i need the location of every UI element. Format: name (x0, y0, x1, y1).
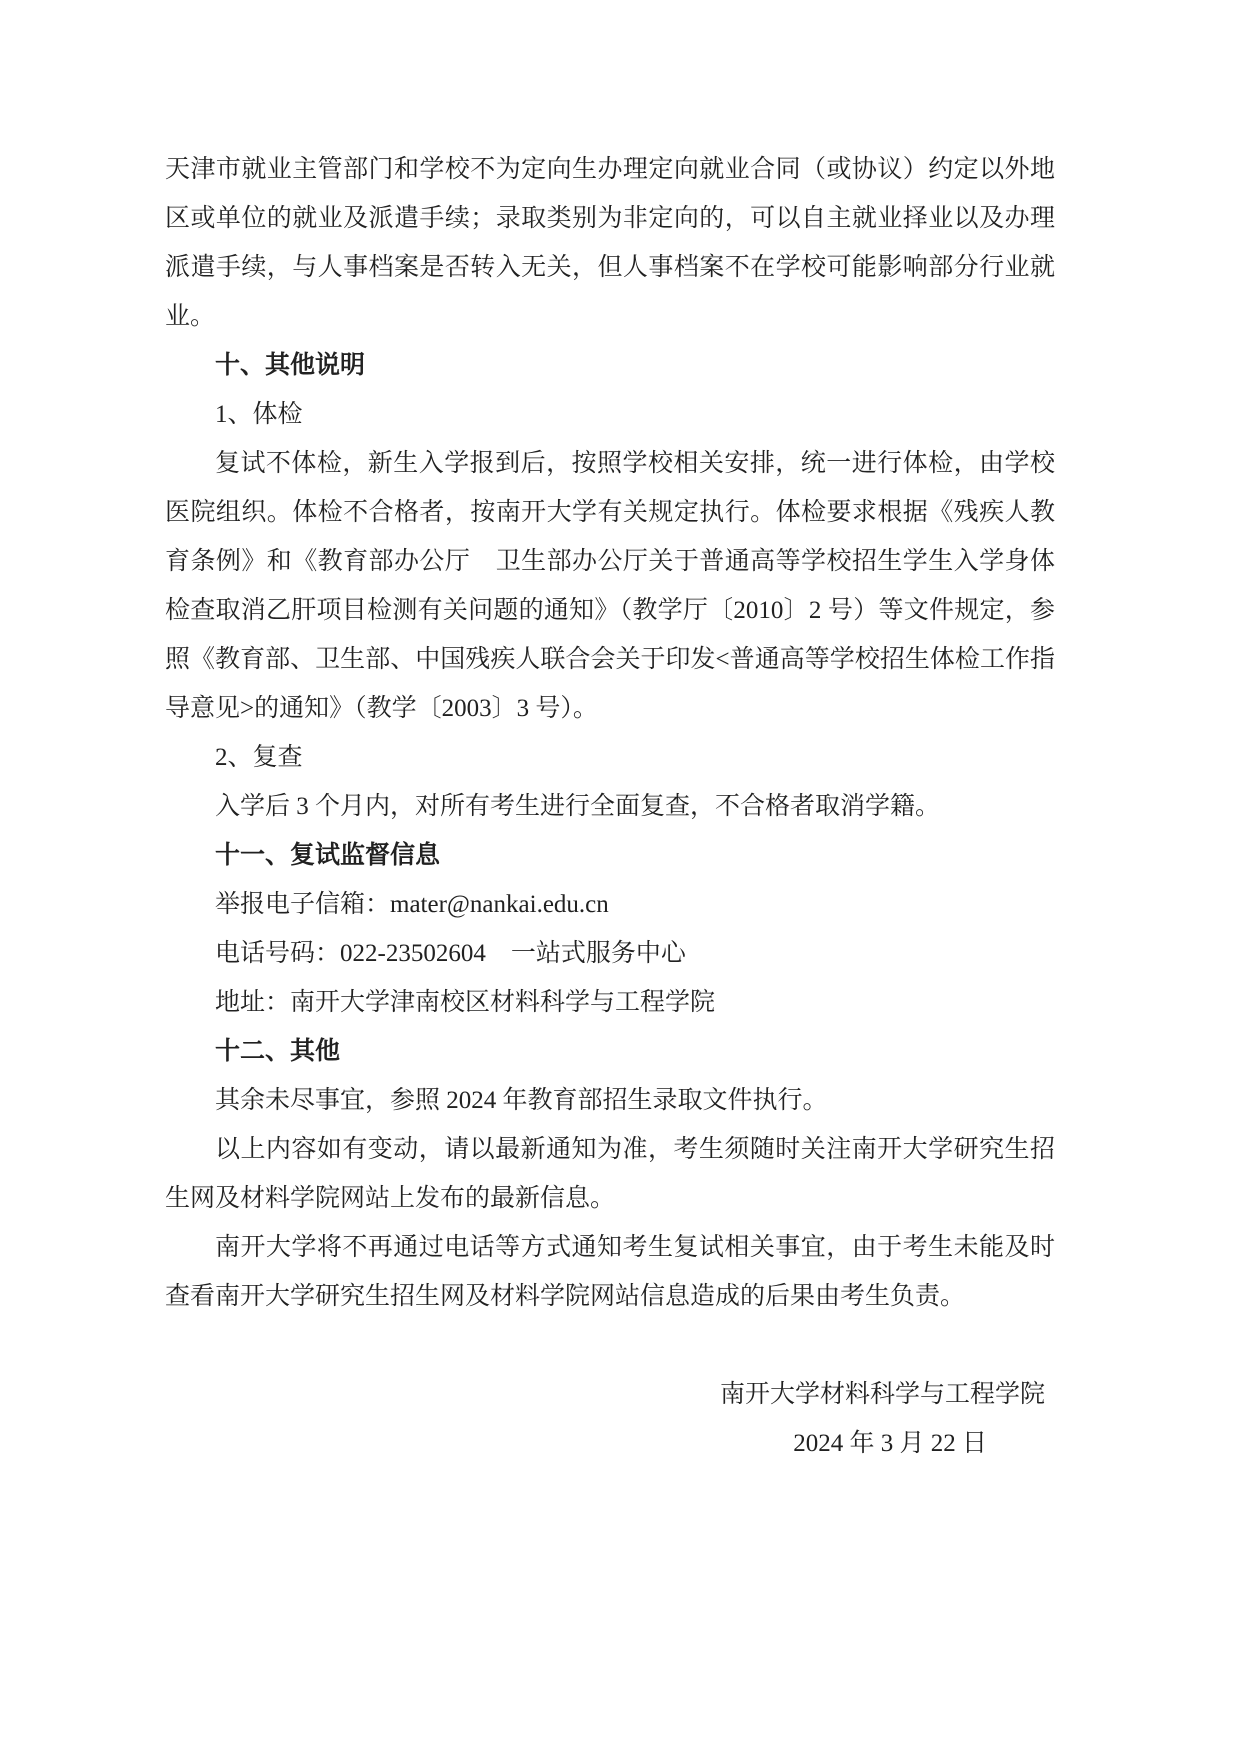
document-page: 天津市就业主管部门和学校不为定向生办理定向就业合同（或协议）约定以外地区或单位的… (0, 0, 1240, 1754)
section-10-heading: 十、其他说明 (165, 341, 1055, 390)
section-11-heading: 十一、复试监督信息 (165, 831, 1055, 880)
item-1-physical-exam-label: 1、体检 (165, 390, 1055, 439)
other-matters-paragraph: 其余未尽事宜，参照 2024 年教育部招生录取文件执行。 (165, 1076, 1055, 1125)
recheck-paragraph: 入学后 3 个月内，对所有考生进行全面复查，不合格者取消学籍。 (165, 782, 1055, 831)
continuation-paragraph: 天津市就业主管部门和学校不为定向生办理定向就业合同（或协议）约定以外地区或单位的… (165, 145, 1055, 341)
address-line: 地址：南开大学津南校区材料科学与工程学院 (165, 978, 1055, 1027)
item-2-recheck-label: 2、复查 (165, 733, 1055, 782)
physical-exam-paragraph: 复试不体检，新生入学报到后，按照学校相关安排，统一进行体检，由学校医院组织。体检… (165, 439, 1055, 733)
date-line: 2024 年 3 月 22 日 (165, 1419, 1055, 1468)
phone-line: 电话号码：022-23502604 一站式服务中心 (165, 929, 1055, 978)
section-12-heading: 十二、其他 (165, 1027, 1055, 1076)
document-content: 天津市就业主管部门和学校不为定向生办理定向就业合同（或协议）约定以外地区或单位的… (165, 145, 1055, 1468)
signature-line: 南开大学材料科学与工程学院 (165, 1370, 1055, 1419)
responsibility-paragraph: 南开大学将不再通过电话等方式通知考生复试相关事宜，由于考生未能及时查看南开大学研… (165, 1223, 1055, 1321)
report-email-line: 举报电子信箱：mater@nankai.edu.cn (165, 880, 1055, 929)
latest-info-paragraph: 以上内容如有变动，请以最新通知为准，考生须随时关注南开大学研究生招生网及材料学院… (165, 1125, 1055, 1223)
